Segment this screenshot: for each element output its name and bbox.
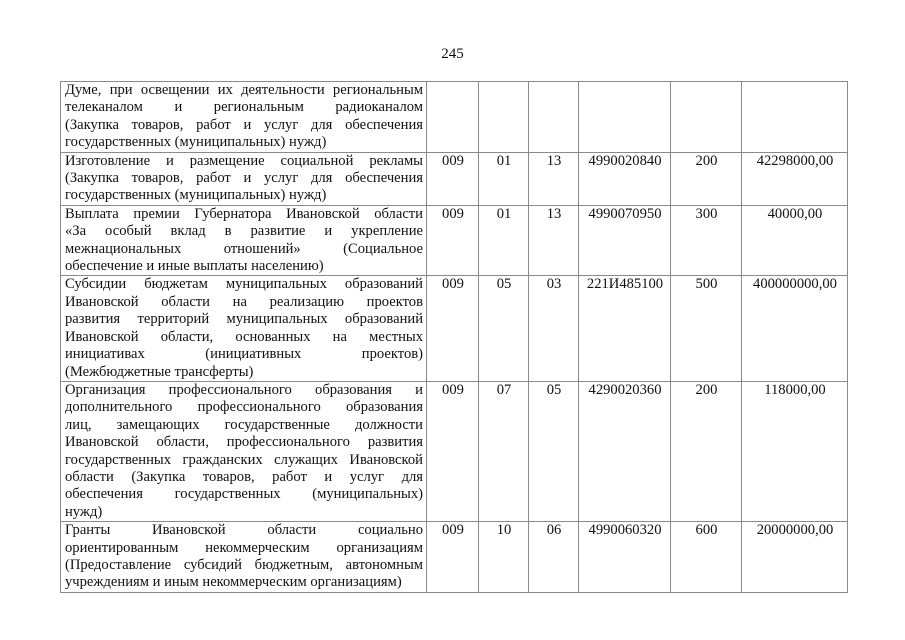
expense-type-cell: 200 (671, 152, 742, 205)
description-line: дополнительного профессионального образо… (65, 399, 423, 416)
description-line: (Закупка товаров, работ и услуг для обес… (65, 117, 423, 134)
description-line: ориентированным некоммерческим организац… (65, 540, 423, 557)
description-line: Ивановской области на реализацию проекто… (65, 294, 423, 311)
target-article-cell: 221И485100 (579, 276, 671, 381)
description-line: «За особый вклад в развитие и укрепление (65, 223, 423, 240)
description-line: обеспечения государственных (муниципальн… (65, 486, 423, 503)
description-line: государственных (муниципальных) нужд) (65, 134, 423, 151)
grbs-code-cell: 009 (427, 522, 479, 593)
subsection-code-cell (529, 82, 579, 153)
description-line: лиц, замещающих государственные должност… (65, 417, 423, 434)
expense-type-cell: 500 (671, 276, 742, 381)
grbs-code-cell (427, 82, 479, 153)
description-line: межнациональных отношений» (Социальное (65, 241, 423, 258)
target-article-cell (579, 82, 671, 153)
description-line: Выплата премии Губернатора Ивановской об… (65, 206, 423, 223)
description-line: нужд) (65, 504, 423, 521)
description-cell: Организация профессионального образовани… (61, 381, 427, 521)
grbs-code-cell: 009 (427, 276, 479, 381)
description-cell: Выплата премии Губернатора Ивановской об… (61, 205, 427, 276)
subsection-code-cell: 06 (529, 522, 579, 593)
description-line: развития территорий муниципальных образо… (65, 311, 423, 328)
subsection-code-cell: 03 (529, 276, 579, 381)
table-row: Организация профессионального образовани… (61, 381, 848, 521)
description-line: Субсидии бюджетам муниципальных образова… (65, 276, 423, 293)
grbs-code-cell: 009 (427, 205, 479, 276)
table-row: Выплата премии Губернатора Ивановской об… (61, 205, 848, 276)
table-row: Думе, при освещении их деятельности реги… (61, 82, 848, 153)
section-code-cell: 10 (479, 522, 529, 593)
description-line: государственных гражданских служащих Ива… (65, 452, 423, 469)
target-article-cell: 4290020360 (579, 381, 671, 521)
budget-table-body: Думе, при освещении их деятельности реги… (61, 82, 848, 593)
expense-type-cell: 200 (671, 381, 742, 521)
subsection-code-cell: 05 (529, 381, 579, 521)
section-code-cell: 01 (479, 152, 529, 205)
description-line: обеспечение и иные выплаты населению) (65, 258, 423, 275)
target-article-cell: 4990070950 (579, 205, 671, 276)
description-line: Организация профессионального образовани… (65, 382, 423, 399)
grbs-code-cell: 009 (427, 152, 479, 205)
description-cell: Думе, при освещении их деятельности реги… (61, 82, 427, 153)
section-code-cell: 05 (479, 276, 529, 381)
expense-type-cell (671, 82, 742, 153)
amount-cell: 118000,00 (742, 381, 848, 521)
description-line: государственных (муниципальных) нужд) (65, 187, 423, 204)
target-article-cell: 4990060320 (579, 522, 671, 593)
section-code-cell (479, 82, 529, 153)
description-line: Ивановской области, профессионального ра… (65, 434, 423, 451)
target-article-cell: 4990020840 (579, 152, 671, 205)
amount-cell: 42298000,00 (742, 152, 848, 205)
table-row: Гранты Ивановской области социальноориен… (61, 522, 848, 593)
subsection-code-cell: 13 (529, 205, 579, 276)
table-row: Субсидии бюджетам муниципальных образова… (61, 276, 848, 381)
description-line: учреждениям и иным некоммерческим органи… (65, 574, 423, 591)
description-line: Ивановской области, основанных на местны… (65, 329, 423, 346)
grbs-code-cell: 009 (427, 381, 479, 521)
description-line: (Закупка товаров, работ и услуг для обес… (65, 170, 423, 187)
budget-table: Думе, при освещении их деятельности реги… (60, 81, 848, 593)
description-line: телеканалом и региональным радиоканалом (65, 99, 423, 116)
description-line: Гранты Ивановской области социально (65, 522, 423, 539)
expense-type-cell: 300 (671, 205, 742, 276)
amount-cell: 400000000,00 (742, 276, 848, 381)
table-row: Изготовление и размещение социальной рек… (61, 152, 848, 205)
description-cell: Изготовление и размещение социальной рек… (61, 152, 427, 205)
expense-type-cell: 600 (671, 522, 742, 593)
description-line: инициативах (инициативных проектов) (65, 346, 423, 363)
description-line: области (Закупка товаров, работ и услуг … (65, 469, 423, 486)
description-cell: Гранты Ивановской области социальноориен… (61, 522, 427, 593)
section-code-cell: 07 (479, 381, 529, 521)
section-code-cell: 01 (479, 205, 529, 276)
description-line: (Межбюджетные трансферты) (65, 364, 423, 381)
description-line: Думе, при освещении их деятельности реги… (65, 82, 423, 99)
amount-cell: 40000,00 (742, 205, 848, 276)
description-line: Изготовление и размещение социальной рек… (65, 153, 423, 170)
page-number: 245 (0, 46, 905, 63)
description-line: (Предоставление субсидий бюджетным, авто… (65, 557, 423, 574)
amount-cell: 20000000,00 (742, 522, 848, 593)
subsection-code-cell: 13 (529, 152, 579, 205)
description-cell: Субсидии бюджетам муниципальных образова… (61, 276, 427, 381)
amount-cell (742, 82, 848, 153)
